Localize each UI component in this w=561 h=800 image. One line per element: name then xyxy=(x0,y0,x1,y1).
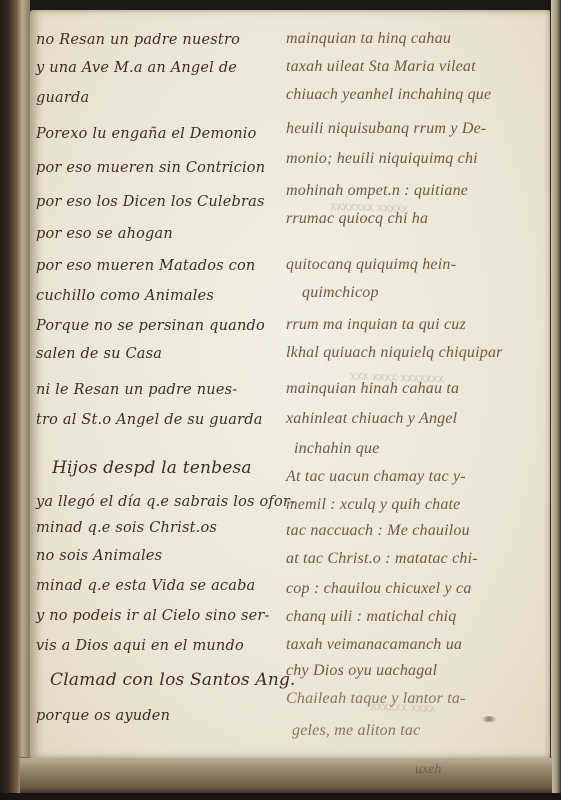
text-line: taxah veimanacamanch ua xyxy=(286,636,462,654)
text-line: xahinleat chiuach y Angel xyxy=(286,410,457,428)
text-line: taxah uileat Sta Maria vileat xyxy=(286,58,476,76)
text-line: Clamad con los Santos Ang. xyxy=(50,670,296,690)
text-line: Chaileah taque y lantor ta- xyxy=(286,690,466,708)
text-line: chanq uili : matichal chiq xyxy=(286,608,457,626)
text-line: heuili niquisubanq rrum y De- xyxy=(286,120,486,138)
text-line: ni le Resan un padre nues- xyxy=(36,382,237,398)
text-line: ya llegó el día q.e sabrais los ofor- xyxy=(36,494,295,510)
manuscript-page: xxxxx xxxxxxx xxxxxxx xxxx xxx xxxx xxxx… xyxy=(30,10,550,758)
text-line: salen de su Casa xyxy=(36,346,162,362)
text-line: lkhal quiuach niquielq chiquipar xyxy=(286,344,503,362)
text-line: y no podeis ir al Cielo sino ser- xyxy=(36,608,270,624)
text-line: no sois Animales xyxy=(36,548,162,564)
bottom-edge-text: uxeh xyxy=(415,762,441,778)
text-line: porque os ayuden xyxy=(36,708,170,724)
text-line: cop : chauilou chicuxel y ca xyxy=(286,580,472,598)
text-line: rrum ma inquian ta qui cuz xyxy=(286,316,466,334)
text-line: Porexo lu engaña el Demonio xyxy=(36,126,257,142)
text-line: vis a Dios aqui en el mundo xyxy=(36,638,244,654)
text-line: guarda xyxy=(36,90,89,106)
text-line: geles, me aliton tac xyxy=(292,722,420,740)
text-line: tac naccuach : Me chauilou xyxy=(286,522,470,540)
section-heading: Hijos despd la tenbesa xyxy=(52,458,252,478)
text-line: minad q.e sois Christ.os xyxy=(36,520,217,536)
text-line: minad q.e esta Vida se acaba xyxy=(36,578,255,594)
text-line: por eso se ahogan xyxy=(36,226,173,242)
text-line: no Resan un padre nuestro xyxy=(36,32,240,48)
text-line: quimchicop xyxy=(302,284,379,302)
text-line: inchahin que xyxy=(294,440,380,458)
text-line: por eso mueren sin Contricion xyxy=(36,160,265,176)
book-binding-left xyxy=(0,0,30,800)
text-line: por eso los Dicen los Culebras xyxy=(36,194,265,210)
page-stack-right-edge xyxy=(551,0,561,800)
text-line: rrumac quiocq chi ha xyxy=(286,210,428,228)
text-line: tro al St.o Angel de su guarda xyxy=(36,412,263,428)
text-line: At tac uacun chamay tac y- xyxy=(286,468,466,486)
text-line: mainquian ta hinq cahau xyxy=(286,30,451,48)
page-stack-bottom-edge: uxeh xyxy=(20,757,552,794)
text-line: quitocanq quiquimq hein- xyxy=(286,256,456,274)
table-surface xyxy=(0,793,561,800)
text-line: y una Ave M.a an Angel de xyxy=(36,60,237,76)
text-line: Porque no se persinan quando xyxy=(36,318,265,334)
text-line: monio; heuili niquiquimq chi xyxy=(286,150,478,168)
book-binding-top xyxy=(0,0,561,10)
ink-stain xyxy=(482,716,496,722)
text-line: cuchillo como Animales xyxy=(36,288,214,304)
text-line: mohinah ompet.n : quitiane xyxy=(286,182,468,200)
text-line: memil : xculq y quih chate xyxy=(286,496,460,514)
text-line: chy Dios oyu uachagal xyxy=(286,662,437,680)
text-line: chiuach yeanhel inchahinq que xyxy=(286,86,491,104)
text-line: por eso mueren Matados con xyxy=(36,258,255,274)
text-line: mainquian hinah cahau ta xyxy=(286,380,459,398)
text-line: at tac Christ.o : matatac chi- xyxy=(286,550,478,568)
